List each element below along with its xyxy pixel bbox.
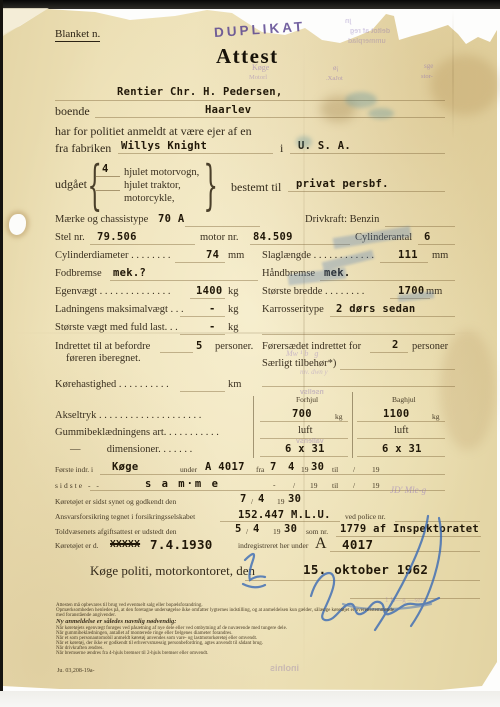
residence-value: Haarlev [205, 104, 251, 116]
rule [330, 316, 455, 317]
from-day: 7 [270, 461, 277, 473]
rule [118, 153, 273, 154]
stroke-value: 111 [398, 249, 418, 261]
stain [440, 330, 495, 450]
bore-label: Cylinderdiameter . . . . . . . . [55, 250, 170, 261]
rule [357, 456, 445, 457]
axleload-front-unit: kg [335, 412, 343, 421]
century-19: 19 [301, 465, 309, 474]
maxload-unit: kg [228, 304, 239, 315]
chassis-no-label: Stel nr. [55, 232, 85, 243]
ghost-fragment: sge [424, 62, 433, 70]
declaration-text: har for politiet anmeldt at være ejer af… [55, 124, 252, 139]
type-option-motorvogn: hjulet motorvogn, [124, 167, 199, 178]
rule [340, 369, 455, 370]
driverseat-value: 2 [392, 339, 399, 351]
rule [180, 391, 225, 392]
last-c19b: 19 [372, 481, 380, 490]
first-reg-label: Første indr. i [55, 465, 93, 474]
rule [90, 244, 195, 245]
rule [262, 386, 455, 387]
rule [380, 262, 428, 263]
table-vline [253, 396, 254, 458]
century-19b: 19 [372, 465, 380, 474]
under-label: under [180, 465, 197, 474]
speed-label: Kørehastighed . . . . . . . . . . [55, 379, 169, 390]
driverseat-unit: personer [412, 341, 448, 352]
footbrake-label: Fodbremse [55, 268, 102, 279]
country-prefix: i [280, 141, 283, 156]
ink-smudge [296, 136, 312, 148]
inspected-slash: / [251, 497, 253, 506]
make-label: Mærke og chassistype [55, 214, 148, 225]
from-year: 30 [311, 461, 324, 473]
pen-stroke [411, 518, 441, 626]
chassis-no-value: 79.506 [97, 231, 137, 243]
form-number: Ju. 03,208-19a- [57, 668, 95, 675]
grossweight-label: Største vægt med fuld last. . . [55, 322, 178, 333]
front-wheel-header: Forhjul [296, 395, 318, 404]
tyres-label: Gummibeklædningens art. . . . . . . . . … [55, 427, 219, 438]
rule [55, 100, 445, 101]
axleload-label: Akseltryk . . . . . . . . . . . . . . . … [55, 410, 201, 421]
axleload-rear-unit: kg [432, 412, 440, 421]
hand-mark-2 [243, 554, 265, 587]
passengers-unit: personer. [215, 341, 253, 352]
bleed-through-stamp: inolnis [270, 663, 299, 673]
issued-label: udgået [55, 177, 87, 192]
registration-date: 7.4.1930 [150, 537, 213, 552]
maxload-value: - [209, 303, 216, 315]
rule [385, 226, 455, 227]
from-month: 4 [288, 461, 295, 473]
inspected-label: Køretøjet er sidst synet og godkendt den [55, 497, 176, 506]
ink-smudge [368, 108, 394, 119]
cylinders-value: 6 [424, 231, 431, 243]
stroke-unit: mm [432, 250, 448, 261]
scan-left-band [0, 0, 3, 694]
type-option-traktor: hjulet traktor, [124, 180, 181, 191]
table-vline [352, 392, 353, 458]
passengers-value: 5 [196, 340, 203, 352]
inspected-year: 30 [288, 493, 301, 505]
rule [180, 334, 225, 335]
rule [110, 280, 258, 281]
wheel-count: 4 [102, 163, 109, 175]
axleload-front: 700 [292, 408, 312, 420]
from-label: fra [256, 465, 264, 474]
last-slash2: / [353, 481, 355, 490]
first-reg-city: Køge [112, 461, 139, 473]
dimensions-rear: 6 x 31 [382, 443, 422, 455]
drivkraft: Drivkraft: Benzin [305, 214, 379, 225]
brace-left: { [87, 154, 102, 216]
rule [290, 153, 445, 154]
form-blanket-label: Blanket n. [55, 28, 100, 42]
residence-label: boende [55, 104, 90, 119]
signature [225, 512, 475, 637]
rule [185, 226, 260, 227]
rule [190, 298, 225, 299]
rule [175, 262, 225, 263]
ghost-fragment: stor- [421, 73, 433, 80]
engine-no-label: motor nr. [200, 232, 239, 243]
rule [288, 191, 445, 192]
to-slash: / [353, 465, 355, 474]
inspected-month: 4 [258, 493, 265, 505]
registered-label: Køretøjet er d. [55, 541, 99, 550]
engine-no-value: 84.509 [253, 231, 293, 243]
speed-unit: km [228, 379, 241, 390]
insurance-label: Ansvarsforsikring tegnet i forsikringsse… [55, 512, 195, 521]
rule [260, 456, 348, 457]
bore-value: 74 [206, 249, 219, 261]
tyres-front: luft [298, 425, 313, 436]
scan-bottom-strip [0, 691, 500, 707]
rule [370, 352, 408, 353]
footnote-line: Når bremserne ændres fra 4-hjuls bremser… [56, 651, 208, 657]
handwritten-ghost: JD' Mle-g [390, 485, 426, 495]
rule [96, 190, 120, 191]
last-slash: / [293, 481, 295, 490]
curbweight-value: 1400 [196, 285, 223, 297]
handwritten-ghost: mv. dwn y [300, 368, 328, 376]
rule [262, 334, 455, 335]
customs-label: Toldvæsenets afgiftsattest er udstedt de… [55, 527, 177, 536]
purpose-label: bestemt til [231, 180, 281, 195]
inspected-c19: 19 [277, 497, 285, 506]
purpose-value: privat persbf. [296, 178, 389, 190]
rule [100, 474, 445, 475]
grossweight-unit: kg [228, 322, 239, 333]
width-label: Største bredde . . . . . . . . [262, 286, 364, 297]
rule [418, 244, 455, 245]
owner-name: Rentier Chr. H. Pedersen, [117, 86, 283, 98]
make-value: 70 A [158, 213, 185, 225]
rule [320, 280, 455, 281]
type-option-motorcykle: motorcykle, [124, 193, 174, 204]
tyres-rear: luft [394, 425, 409, 436]
rule [357, 438, 445, 439]
factory-label: fra fabriken [55, 141, 111, 156]
rule [96, 176, 120, 177]
footbrake-value: mek.? [113, 267, 146, 279]
ghost-fragment: ø¡ [333, 64, 339, 72]
last-reg-label: sidste - - [55, 481, 101, 490]
body-label: Karrosseritype [262, 304, 324, 315]
handwritten-ghost: Mw ¹ b g [286, 349, 318, 358]
factory-value: Willys Knight [121, 140, 207, 152]
curbweight-unit: kg [228, 286, 239, 297]
bore-unit: mm [228, 250, 244, 261]
rule [180, 316, 225, 317]
body-value: 2 dørs sedan [336, 303, 415, 315]
bleed-through-text: nsellsv [300, 389, 324, 396]
ghost-stamp-motor: Motorl [249, 74, 267, 81]
grossweight-value: - [209, 321, 216, 333]
bleed-through-text: deltot af reg [350, 28, 390, 35]
ghost-stamp-koge: Køge [252, 63, 269, 72]
stain [430, 55, 500, 115]
to-label: til [332, 465, 338, 474]
rule [357, 421, 445, 422]
last-reg-same: s a m·m e [145, 478, 220, 490]
struck-text: XXXXX [110, 539, 140, 550]
first-reg-number: A 4017 [205, 461, 245, 473]
curbweight-label: Egenvægt . . . . . . . . . . . . . . [55, 286, 171, 297]
last-dash: - [273, 480, 276, 489]
bleed-through-text: vallensv [296, 438, 324, 445]
brace-right: } [203, 154, 218, 216]
passengers-note: føreren iberegnet. [66, 353, 141, 364]
rear-wheel-header: Baghjul [392, 395, 416, 404]
last-c19: 19 [310, 481, 318, 490]
scan-top-band [0, 0, 500, 9]
bleed-through-text: ummerplad [348, 38, 386, 45]
last-til: til [332, 481, 338, 490]
rule [160, 352, 193, 353]
dimensions-label: — dimensioner. . . . . . . [70, 444, 192, 455]
axleload-rear: 1100 [383, 408, 410, 420]
ink-smudge [345, 92, 377, 108]
ghost-fragment: .XaJot [326, 75, 343, 82]
passengers-label: Indrettet til at befordre [55, 341, 150, 352]
maxload-label: Ladningens maksimalvægt . . . [55, 304, 184, 315]
scanned-document: Blanket n. DUPLIKAT Attest Køge Motorl ø… [0, 0, 500, 707]
footnote-heading: Ny anmeldelse er således navnlig nødvend… [56, 618, 176, 625]
inspected-day: 7 [240, 493, 247, 505]
rule [95, 117, 445, 118]
bleed-through-text: jn [345, 18, 351, 25]
rule [260, 421, 348, 422]
